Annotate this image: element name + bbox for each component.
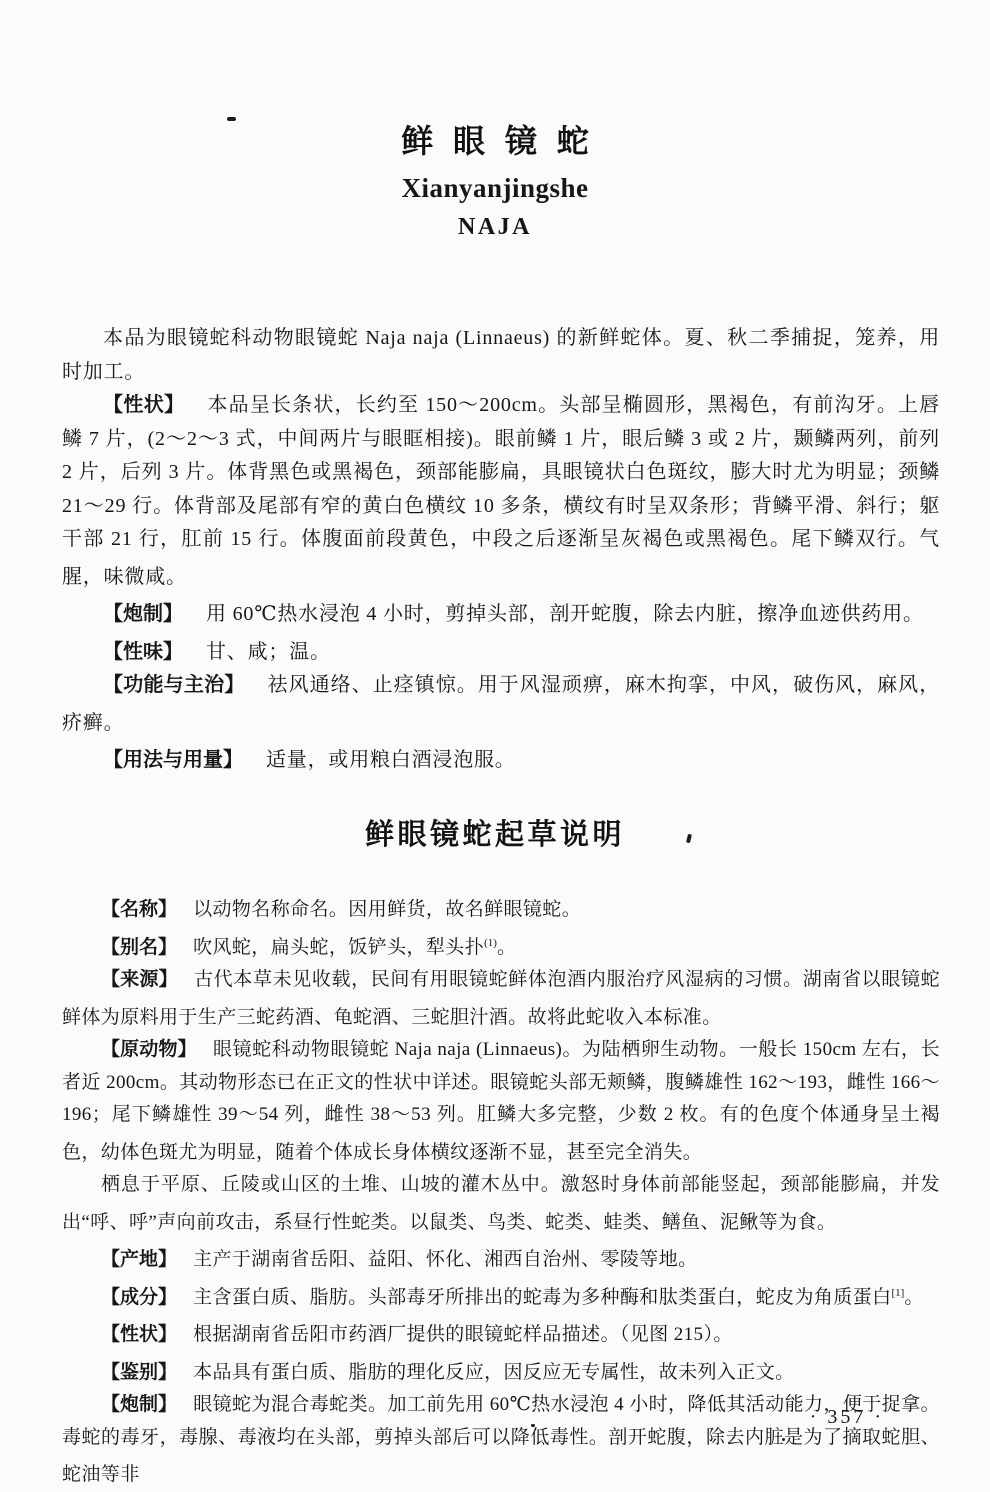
draft-notes-body: 【名称】以动物名称命名。因用鲜货，故名鲜眼镜蛇。 【别名】吹风蛇，扁头蛇，饭铲头… — [62, 889, 940, 1492]
title-chinese: 鲜眼镜蛇 — [0, 122, 990, 160]
entry-text: 古代本草未见收载，民间有用眼镜蛇鲜体泡酒内服治疗风湿病的习惯。湖南省以眼镜蛇鲜体… — [62, 969, 940, 1028]
entry-xingwei: 【性味】甘、咸；温。 — [62, 632, 940, 670]
entry-label: 【成分】 — [101, 1287, 177, 1308]
entry-text: 主含蛋白质、脂肪。头部毒牙所排出的蛇毒为多种酶和肽类蛋白，蛇皮为角质蛋白 — [193, 1287, 891, 1308]
entry-label: 【性状】 — [103, 394, 184, 416]
note-xingzhuang: 【性状】根据湖南省岳阳市药酒厂提供的眼镜蛇样品描述。（见图 215）。 — [62, 1314, 940, 1352]
entry-text: 吹风蛇，扁头蛇，饭铲头，犁头扑 — [193, 937, 484, 958]
document-page: 鲜眼镜蛇 Xianyanjingshe NAJA 本品为眼镜蛇科动物眼镜蛇 Na… — [0, 0, 990, 1482]
note-paozhi: 【炮制】眼镜蛇为混合毒蛇类。加工前先用 60℃热水浸泡 4 小时，降低其活动能力… — [62, 1389, 940, 1492]
monograph-body: 本品为眼镜蛇科动物眼镜蛇 Naja naja (Linnaeus) 的新鲜蛇体。… — [62, 322, 940, 778]
entry-label: 【用法与用量】 — [103, 749, 243, 771]
note-chandi: 【产地】主产于湖南省岳阳、益阳、怀化、湘西自治州、零陵等地。 — [62, 1239, 940, 1277]
entry-label: 【鉴别】 — [101, 1362, 177, 1383]
entry-label: 【性状】 — [101, 1324, 177, 1345]
note-xixi: 栖息于平原、丘陵或山区的土堆、山坡的灌木丛中。激怒时身体前部能竖起，颈部能膨扁，… — [62, 1169, 940, 1239]
entry-label: 【功能与主治】 — [103, 674, 245, 696]
entry-text: 本品呈长条状，长约至 150～200cm。头部呈椭圆形，黑褐色，有前沟牙。上唇鳞… — [62, 394, 940, 588]
entry-paozhi: 【炮制】用 60℃热水浸泡 4 小时，剪掉头部，剖开蛇腹，除去内脏，擦净血迹供药… — [62, 594, 940, 632]
entry-tail: 。 — [497, 937, 516, 958]
entry-gongneng-zhuzhi: 【功能与主治】祛风通络、止痉镇惊。用于风湿顽痹，麻木拘挛，中风，破伤风，麻风，疥… — [62, 669, 940, 740]
entry-text: 主产于湖南省岳阳、益阳、怀化、湘西自治州、零陵等地。 — [193, 1249, 697, 1270]
entry-text: 本品具有蛋白质、脂肪的理化反应，因反应无专属性，故未列入正文。 — [193, 1362, 794, 1383]
entry-label: 【产地】 — [101, 1249, 177, 1270]
entry-text: 根据湖南省岳阳市药酒厂提供的眼镜蛇样品描述。（见图 215）。 — [193, 1324, 733, 1345]
title-latin: NAJA — [0, 214, 990, 241]
intro-paragraph: 本品为眼镜蛇科动物眼镜蛇 Naja naja (Linnaeus) 的新鲜蛇体。… — [62, 322, 940, 389]
entry-label: 【别名】 — [101, 937, 177, 958]
entry-tail: 。 — [904, 1287, 923, 1308]
entry-yongfa-yongliang: 【用法与用量】适量，或用粮白酒浸泡服。 — [62, 740, 940, 778]
note-laiyuan: 【来源】古代本草未见收载，民间有用眼镜蛇鲜体泡酒内服治疗风湿病的习惯。湖南省以眼… — [62, 964, 940, 1034]
note-bieming: 【别名】吹风蛇，扁头蛇，饭铲头，犁头扑(1)。 — [62, 927, 940, 965]
page-number: · 357 · — [810, 1406, 884, 1429]
entry-text: 适量，或用粮白酒浸泡服。 — [266, 749, 516, 771]
entry-label: 【名称】 — [101, 899, 177, 920]
entry-label: 【性味】 — [103, 641, 183, 663]
entry-text: 用 60℃热水浸泡 4 小时，剪掉头部，剖开蛇腹，除去内脏，擦净血迹供药用。 — [206, 603, 924, 625]
draft-notes-heading: 鲜眼镜蛇起草说明 — [0, 812, 990, 853]
entry-label: 【炮制】 — [101, 1394, 177, 1415]
note-mingcheng: 【名称】以动物名称命名。因用鲜货，故名鲜眼镜蛇。 — [62, 889, 940, 927]
note-chengfen: 【成分】主含蛋白质、脂肪。头部毒牙所排出的蛇毒为多种酶和肽类蛋白，蛇皮为角质蛋白… — [62, 1277, 940, 1315]
intro-text: 本品为眼镜蛇科动物眼镜蛇 Naja naja (Linnaeus) 的新鲜蛇体。… — [62, 327, 940, 383]
scan-artifact-dash — [227, 117, 236, 121]
footnote-ref: (1) — [484, 937, 497, 949]
note-jianbie: 【鉴别】本品具有蛋白质、脂肪的理化反应，因反应无专属性，故未列入正文。 — [62, 1352, 940, 1390]
entry-text: 甘、咸；温。 — [206, 641, 331, 663]
entry-text: 眼镜蛇为混合毒蛇类。加工前先用 60℃热水浸泡 4 小时，降低其活动能力，便于捉… — [62, 1394, 940, 1485]
entry-text: 以动物名称命名。因用鲜货，故名鲜眼镜蛇。 — [193, 899, 581, 920]
footnote-ref: [1] — [892, 1287, 905, 1299]
entry-xingzhuang: 【性状】本品呈长条状，长约至 150～200cm。头部呈椭圆形，黑褐色，有前沟牙… — [62, 389, 940, 594]
entry-text: 栖息于平原、丘陵或山区的土堆、山坡的灌木丛中。激怒时身体前部能竖起，颈部能膨扁，… — [62, 1174, 940, 1233]
note-yuandongwu: 【原动物】眼镜蛇科动物眼镜蛇 Naja naja (Linnaeus)。为陆栖卵… — [62, 1034, 940, 1169]
entry-label: 【来源】 — [101, 969, 178, 990]
monograph-header: 鲜眼镜蛇 Xianyanjingshe NAJA — [0, 122, 990, 241]
entry-label: 【原动物】 — [101, 1039, 197, 1060]
title-pinyin: Xianyanjingshe — [0, 173, 990, 204]
entry-label: 【炮制】 — [103, 603, 183, 625]
